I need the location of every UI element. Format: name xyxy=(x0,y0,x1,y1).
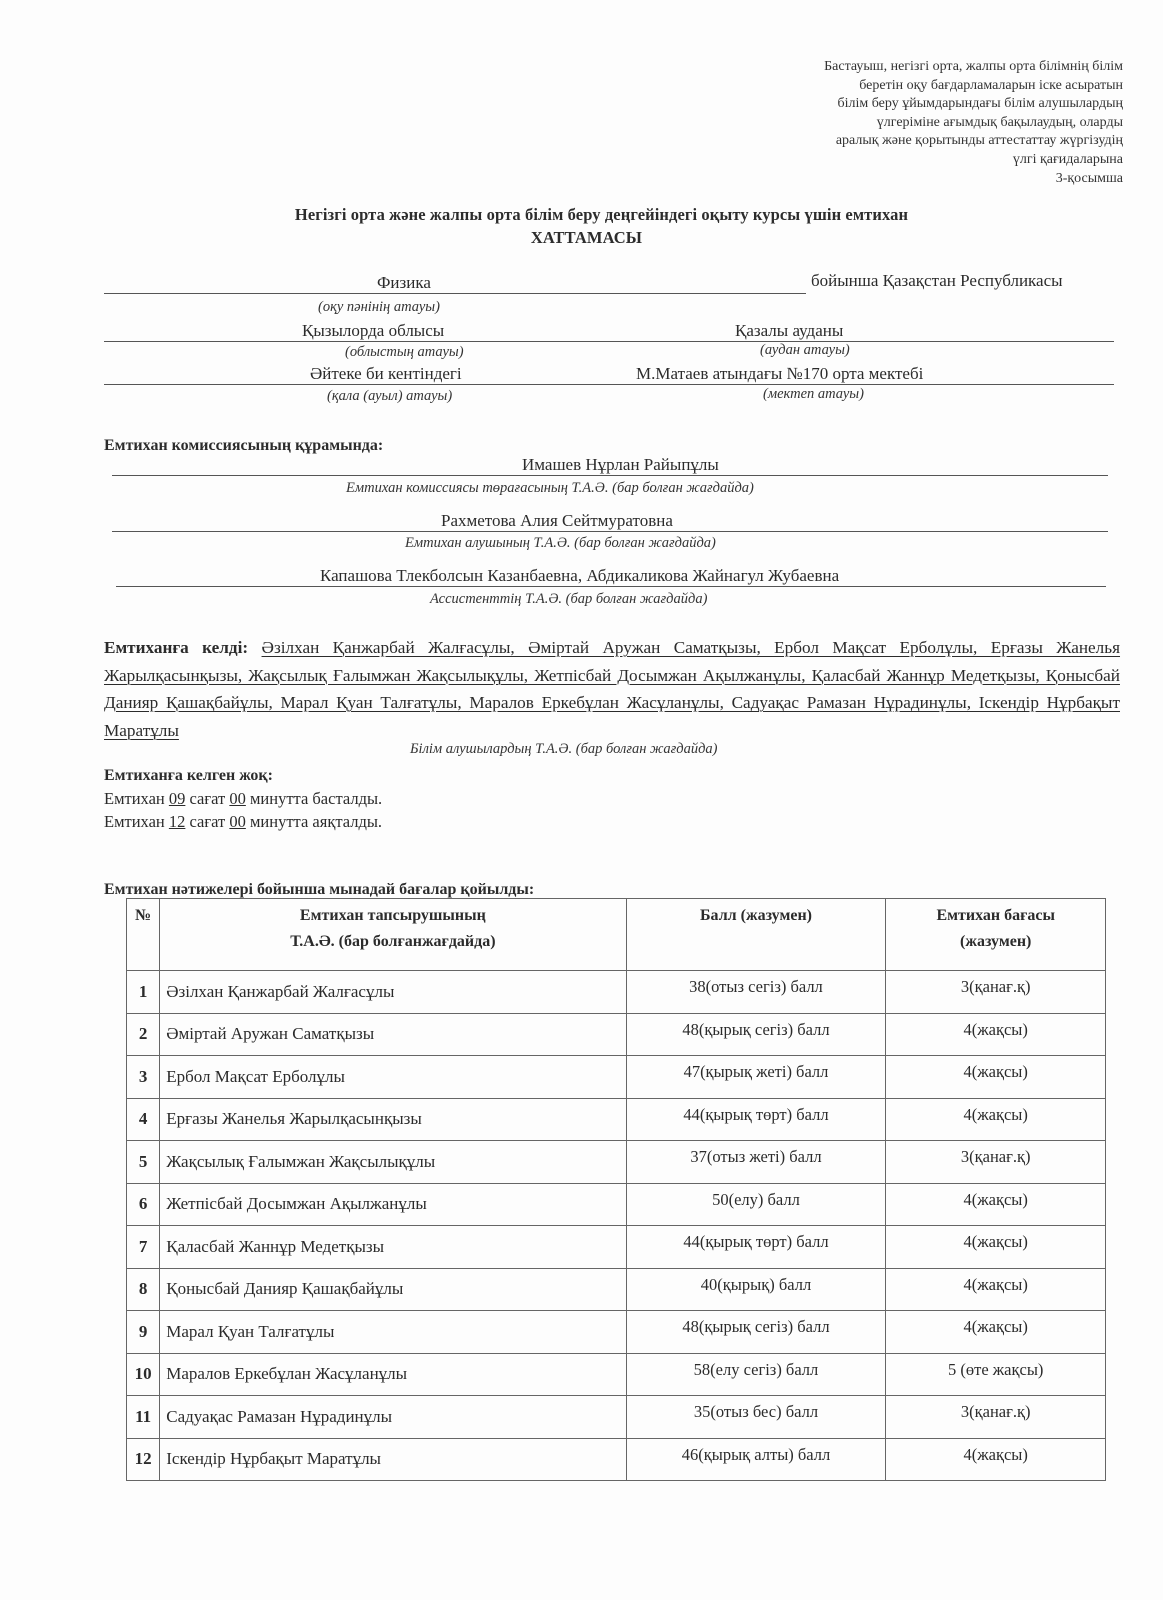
row-number: 6 xyxy=(127,1183,160,1226)
district-value: Қазалы ауданы xyxy=(735,321,843,341)
table-row: 2Әміртай Аружан Саматқызы48(қырық сегіз)… xyxy=(127,1013,1106,1056)
start-suffix: минутта басталды. xyxy=(246,789,382,808)
settlement-caption: (қала (ауыл) атауы) xyxy=(327,387,452,405)
row-score: 44(қырық төрт) балл xyxy=(626,1098,886,1141)
start-minute: 00 xyxy=(229,789,246,808)
row-score: 40(қырық) балл xyxy=(626,1268,886,1311)
row-name: Садуақас Рамазан Нұрадинұлы xyxy=(160,1396,626,1439)
subject-value: Физика xyxy=(377,273,431,293)
row-number: 12 xyxy=(127,1438,160,1481)
row-score: 48(қырық сегіз) балл xyxy=(626,1013,886,1056)
document-title: Негізгі орта және жалпы орта білім беру … xyxy=(0,203,1163,249)
table-row: 12Іскендір Нұрбақыт Маратұлы46(қырық алт… xyxy=(127,1438,1106,1481)
region-row: Қызылорда облысы Қазалы ауданы xyxy=(104,318,1116,342)
chair-row: Имашев Нұрлан Райыпұлы xyxy=(112,452,1108,476)
start-hour: 09 xyxy=(169,789,186,808)
subject-row: Физика бойынша Қазақстан Республикасы xyxy=(104,270,1116,294)
start-prefix: Емтихан xyxy=(104,789,169,808)
table-row: 5Жақсылық Ғалымжан Жақсылықұлы37(отыз же… xyxy=(127,1141,1106,1184)
col-grade-line1: Емтихан бағасы xyxy=(892,903,1099,929)
present-caption: Білім алушылардың Т.А.Ә. (бар болған жағ… xyxy=(410,740,718,758)
attendance-present: Емтиханға келді: Әзілхан Қанжарбай Жалға… xyxy=(104,634,1120,744)
row-grade: 4(жақсы) xyxy=(886,1268,1106,1311)
school-caption: (мектеп атауы) xyxy=(763,385,864,403)
district-caption: (аудан атауы) xyxy=(760,341,850,359)
row-score: 47(қырық жеті) балл xyxy=(626,1056,886,1099)
appendix-line: білім беру ұйымдарындағы білім алушылард… xyxy=(703,95,1123,114)
title-line-2: ХАТТАМАСЫ xyxy=(0,226,1163,249)
appendix-line: Бастауыш, негізгі орта, жалпы орта білім… xyxy=(703,58,1123,77)
examiner-underline xyxy=(112,531,1108,532)
row-number: 7 xyxy=(127,1226,160,1269)
row-number: 8 xyxy=(127,1268,160,1311)
region-value: Қызылорда облысы xyxy=(302,321,444,341)
title-line-1: Негізгі орта және жалпы орта білім беру … xyxy=(0,203,1163,226)
school-value: М.Матаев атындағы №170 орта мектебі xyxy=(636,364,923,384)
row-name: Жетпісбай Досымжан Ақылжанұлы xyxy=(160,1183,626,1226)
col-grade-line2: (жазумен) xyxy=(892,929,1099,955)
row-number: 3 xyxy=(127,1056,160,1099)
end-minute: 00 xyxy=(229,812,246,831)
row-name: Қонысбай Данияр Қашақбайұлы xyxy=(160,1268,626,1311)
region-underline xyxy=(104,341,1114,342)
row-score: 58(елу сегіз) балл xyxy=(626,1353,886,1396)
assistants-caption: Ассистенттің Т.А.Ә. (бар болған жағдайда… xyxy=(430,590,707,608)
row-grade: 4(жақсы) xyxy=(886,1183,1106,1226)
examiner-value: Рахметова Алия Сейтмуратовна xyxy=(441,511,673,531)
table-row: 11Садуақас Рамазан Нұрадинұлы35(отыз бес… xyxy=(127,1396,1106,1439)
col-name-line2: Т.А.Ә. (бар болғанжағдайда) xyxy=(166,929,619,955)
examiner-caption: Емтихан алушының Т.А.Ә. (бар болған жағд… xyxy=(405,534,716,552)
row-name: Ербол Мақсат Ерболұлы xyxy=(160,1056,626,1099)
col-num: № xyxy=(127,899,160,971)
col-score: Балл (жазумен) xyxy=(626,899,886,971)
row-number: 5 xyxy=(127,1141,160,1184)
appendix-line: беретін оқу бағдарламаларын іске асыраты… xyxy=(703,77,1123,96)
results-heading: Емтихан нәтижелері бойынша мынадай бағал… xyxy=(104,881,534,899)
row-score: 50(елу) балл xyxy=(626,1183,886,1226)
appendix-line: 3-қосымша xyxy=(703,170,1123,189)
row-name: Іскендір Нұрбақыт Маратұлы xyxy=(160,1438,626,1481)
row-score: 44(қырық төрт) балл xyxy=(626,1226,886,1269)
table-row: 3Ербол Мақсат Ерболұлы47(қырық жеті) бал… xyxy=(127,1056,1106,1099)
country-suffix: бойынша Қазақстан Республикасы xyxy=(811,271,1063,291)
protocol-document: Бастауыш, негізгі орта, жалпы орта білім… xyxy=(0,0,1163,1600)
row-score: 46(қырық алты) балл xyxy=(626,1438,886,1481)
present-names: Әзілхан Қанжарбай Жалғасұлы, Әміртай Ару… xyxy=(104,638,1120,740)
row-number: 2 xyxy=(127,1013,160,1056)
settlement-value: Әйтеке би кентіндегі xyxy=(310,364,462,384)
row-grade: 3(қанағ.қ) xyxy=(886,1141,1106,1184)
col-name-line1: Емтихан тапсырушының xyxy=(166,903,619,929)
subject-caption: (оқу пәнінің атауы) xyxy=(318,298,440,316)
table-row: 8Қонысбай Данияр Қашақбайұлы40(қырық) ба… xyxy=(127,1268,1106,1311)
end-suffix: минутта аяқталды. xyxy=(246,812,382,831)
start-mid: сағат xyxy=(185,789,229,808)
row-grade: 4(жақсы) xyxy=(886,1311,1106,1354)
row-name: Ерғазы Жанелья Жарылқасынқызы xyxy=(160,1098,626,1141)
table-row: 6Жетпісбай Досымжан Ақылжанұлы50(елу) ба… xyxy=(127,1183,1106,1226)
exam-end-line: Емтихан 12 сағат 00 минутта аяқталды. xyxy=(104,812,382,832)
row-number: 1 xyxy=(127,971,160,1014)
row-name: Маралов Еркебұлан Жасұланұлы xyxy=(160,1353,626,1396)
row-grade: 4(жақсы) xyxy=(886,1013,1106,1056)
appendix-note: Бастауыш, негізгі орта, жалпы орта білім… xyxy=(703,58,1123,188)
assistants-value: Капашова Тлекболсын Казанбаевна, Абдикал… xyxy=(320,566,839,586)
row-number: 4 xyxy=(127,1098,160,1141)
row-score: 35(отыз бес) балл xyxy=(626,1396,886,1439)
table-row: 7Қаласбай Жаннұр Медетқызы44(қырық төрт)… xyxy=(127,1226,1106,1269)
end-mid: сағат xyxy=(185,812,229,831)
chair-value: Имашев Нұрлан Райыпұлы xyxy=(522,455,719,475)
present-label: Емтиханға келді: xyxy=(104,638,248,657)
row-grade: 4(жақсы) xyxy=(886,1098,1106,1141)
row-name: Әзілхан Қанжарбай Жалғасұлы xyxy=(160,971,626,1014)
examiner-row: Рахметова Алия Сейтмуратовна xyxy=(112,508,1108,532)
appendix-line: аралық және қорытынды аттестаттау жүргіз… xyxy=(703,132,1123,151)
subject-underline xyxy=(104,293,806,294)
end-hour: 12 xyxy=(169,812,186,831)
settlement-row: Әйтеке би кентіндегі М.Матаев атындағы №… xyxy=(104,361,1116,385)
row-grade: 3(қанағ.қ) xyxy=(886,971,1106,1014)
end-prefix: Емтихан xyxy=(104,812,169,831)
row-grade: 4(жақсы) xyxy=(886,1438,1106,1481)
row-number: 11 xyxy=(127,1396,160,1439)
row-name: Қаласбай Жаннұр Медетқызы xyxy=(160,1226,626,1269)
col-name: Емтихан тапсырушының Т.А.Ә. (бар болғанж… xyxy=(160,899,626,971)
row-score: 48(қырық сегіз) балл xyxy=(626,1311,886,1354)
absent-label: Емтиханға келген жоқ: xyxy=(104,767,273,785)
chair-caption: Емтихан комиссиясы төрағасының Т.А.Ә. (б… xyxy=(346,479,754,497)
results-body: 1Әзілхан Қанжарбай Жалғасұлы38(отыз сегі… xyxy=(127,971,1106,1481)
row-grade: 5 (өте жақсы) xyxy=(886,1353,1106,1396)
col-grade: Емтихан бағасы (жазумен) xyxy=(886,899,1106,971)
exam-start-line: Емтихан 09 сағат 00 минутта басталды. xyxy=(104,789,382,809)
row-grade: 4(жақсы) xyxy=(886,1056,1106,1099)
row-number: 9 xyxy=(127,1311,160,1354)
assistants-underline xyxy=(116,586,1106,587)
row-name: Әміртай Аружан Саматқызы xyxy=(160,1013,626,1056)
row-score: 38(отыз сегіз) балл xyxy=(626,971,886,1014)
row-grade: 3(қанағ.қ) xyxy=(886,1396,1106,1439)
assistants-row: Капашова Тлекболсын Казанбаевна, Абдикал… xyxy=(116,563,1106,587)
row-name: Жақсылық Ғалымжан Жақсылықұлы xyxy=(160,1141,626,1184)
row-name: Марал Қуан Талғатұлы xyxy=(160,1311,626,1354)
row-grade: 4(жақсы) xyxy=(886,1226,1106,1269)
region-caption: (облыстың атауы) xyxy=(345,343,464,361)
table-row: 1Әзілхан Қанжарбай Жалғасұлы38(отыз сегі… xyxy=(127,971,1106,1014)
row-number: 10 xyxy=(127,1353,160,1396)
settlement-underline xyxy=(104,384,1114,385)
table-row: 9Марал Қуан Талғатұлы48(қырық сегіз) бал… xyxy=(127,1311,1106,1354)
row-score: 37(отыз жеті) балл xyxy=(626,1141,886,1184)
results-header-row: № Емтихан тапсырушының Т.А.Ә. (бар болға… xyxy=(127,899,1106,971)
appendix-line: үлгі қағидаларына xyxy=(703,151,1123,170)
appendix-line: үлгеріміне ағымдық бақылаудың, оларды xyxy=(703,114,1123,133)
table-row: 4Ерғазы Жанелья Жарылқасынқызы44(қырық т… xyxy=(127,1098,1106,1141)
results-table: № Емтихан тапсырушының Т.А.Ә. (бар болға… xyxy=(126,898,1106,1481)
table-row: 10Маралов Еркебұлан Жасұланұлы58(елу сег… xyxy=(127,1353,1106,1396)
chair-underline xyxy=(112,475,1108,476)
